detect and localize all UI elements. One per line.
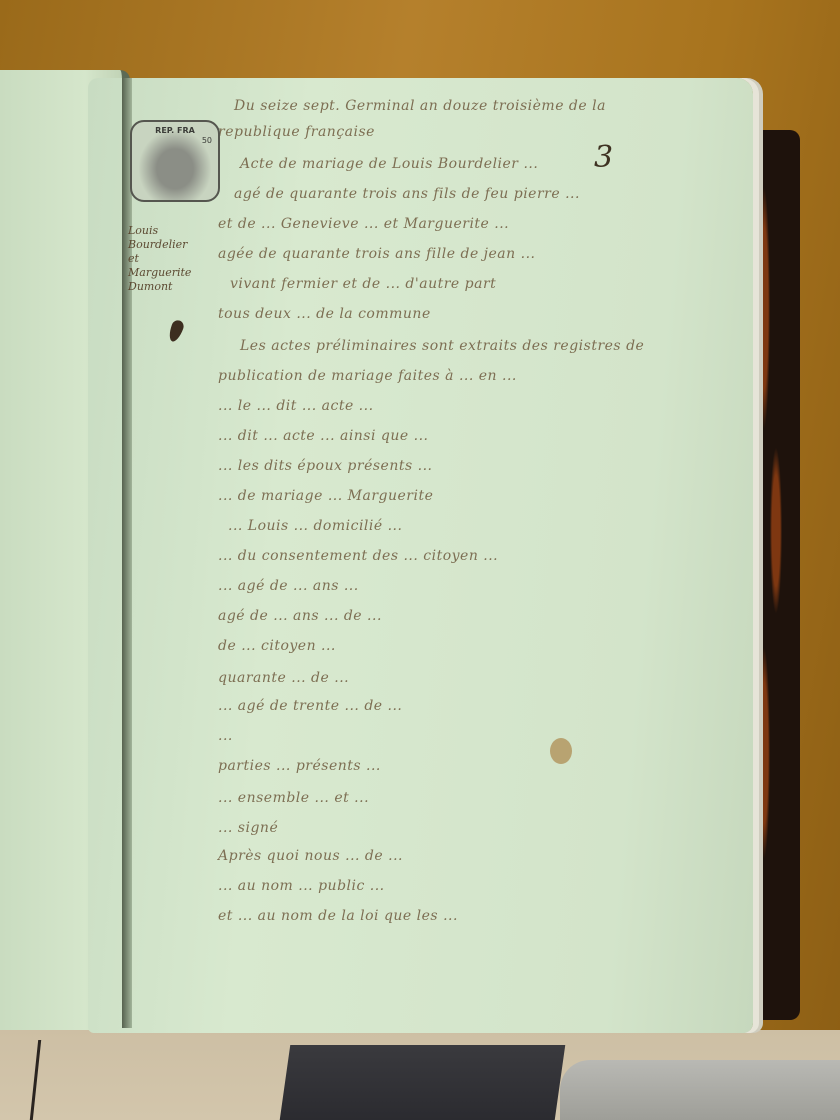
handwritten-line: agée de quarante trois ans fille de jean… [218, 246, 535, 262]
handwritten-line: tous deux ... de la commune [218, 306, 431, 322]
handwritten-line: Après quoi nous ... de ... [218, 848, 403, 864]
handwritten-line: ... agé de trente ... de ... [218, 698, 402, 714]
handwritten-line: vivant fermier et de ... d'autre part [230, 276, 496, 292]
handwritten-line: ... signé [218, 820, 278, 836]
handwritten-line: parties ... présents ... [218, 758, 381, 774]
handwritten-line: ... les dits époux présents ... [218, 458, 432, 474]
handwritten-line: ... de mariage ... Marguerite [218, 488, 433, 504]
right-page: Du seize sept. Germinal an douze troisiè… [88, 78, 753, 1033]
margin-note-line: Bourdelier [128, 238, 191, 252]
handwritten-line: republique française [218, 124, 375, 140]
stamp-text: REP. FRA [132, 126, 218, 135]
handwritten-line: et ... au nom de la loi que les ... [218, 908, 458, 924]
handwritten-line: Du seize sept. Germinal an douze troisiè… [234, 98, 606, 114]
handwritten-line: publication de mariage faites à ... en .… [218, 368, 517, 384]
handwritten-line: agé de ... ans ... de ... [218, 608, 382, 624]
handwritten-line: ... du consentement des ... citoyen ... [218, 548, 498, 564]
handwritten-line: ... ensemble ... et ... [218, 790, 369, 806]
handwritten-line: Les actes préliminaires sont extraits de… [240, 338, 644, 354]
handwritten-line: de ... citoyen ... [218, 638, 336, 654]
stamp-number: 50 [202, 136, 212, 145]
revenue-stamp: REP. FRA 50 [130, 120, 220, 202]
handwritten-line: ... au nom ... public ... [218, 878, 385, 894]
handwritten-line: agé de quarante trois ans fils de feu pi… [234, 186, 580, 202]
handwritten-line: ... dit ... acte ... ainsi que ... [218, 428, 428, 444]
folio-number: 3 [594, 140, 613, 175]
grey-object [560, 1060, 840, 1120]
margin-note-line: et [128, 252, 191, 266]
handwritten-line: et de ... Genevieve ... et Marguerite ..… [218, 216, 509, 232]
margin-note-line: Marguerite [128, 266, 191, 280]
handwritten-line: ... Louis ... domicilié ... [228, 518, 402, 534]
handwritten-line: quarante ... de ... [218, 670, 349, 686]
dark-cloth-object [280, 1045, 566, 1120]
handwritten-line: ... [218, 728, 233, 744]
margin-note: LouisBourdelieretMargueriteDumont [128, 224, 191, 294]
paper-stain [550, 738, 572, 764]
margin-note-line: Louis [128, 224, 191, 238]
book-gutter [122, 78, 132, 1028]
handwritten-line: Acte de mariage de Louis Bourdelier ... [240, 156, 538, 172]
handwritten-line: ... agé de ... ans ... [218, 578, 359, 594]
handwritten-line: ... le ... dit ... acte ... [218, 398, 374, 414]
margin-note-line: Dumont [128, 280, 191, 294]
